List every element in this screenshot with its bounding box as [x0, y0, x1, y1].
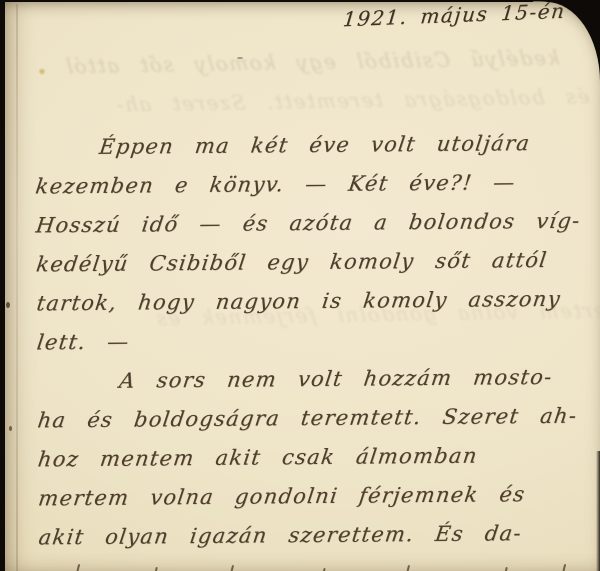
handwritten-line: tartok, hogy nagyon is komoly asszony — [34, 280, 594, 324]
handwritten-line: ha és boldogságra teremtett. Szeret ah- — [35, 397, 595, 441]
diary-photo: { "page": { "kind": "handwritten diary p… — [0, 0, 600, 571]
handwritten-line: Hosszú idő — és azóta a bolondos víg- — [33, 202, 593, 246]
binding-crease — [16, 4, 18, 571]
handwritten-line: mertem volna gondolni férjemnek és — [36, 475, 596, 519]
partial-line-strokes — [35, 559, 600, 571]
bleedthrough-text: ha és boldogságra teremtett. Szeret ah- — [114, 83, 600, 116]
handwritten-line: kezemben e könyv. — Két éve?! — — [33, 163, 593, 207]
bleedthrough-text: kedélyű Csibiből egy komoly sőt attól — [64, 46, 561, 79]
notebook-page: kedélyű Csibiből egy komoly sőt attól ha… — [5, 2, 600, 571]
handwritten-line: lett. — — [34, 319, 594, 363]
handwritten-line: Éppen ma két éve volt utoljára — [33, 124, 593, 168]
paper-fleck — [237, 57, 243, 59]
handwritten-line: kedélyű Csibiből egy komoly sőt attól — [34, 241, 594, 285]
handwritten-line: hoz mentem akit csak álmomban — [35, 436, 595, 480]
paper-fleck — [6, 302, 10, 308]
handwritten-line: akit olyan igazán szerettem. És da- — [36, 514, 596, 558]
page-edge-shadow — [596, 451, 600, 571]
diary-text: Éppen ma két éve volt utoljára kezemben … — [35, 124, 594, 558]
paper-fleck — [9, 426, 12, 431]
paper-stain — [38, 68, 46, 75]
date-annotation: 1921. május 15-én — [342, 0, 567, 31]
handwritten-line: A sors nem volt hozzám mosto- — [35, 358, 595, 402]
